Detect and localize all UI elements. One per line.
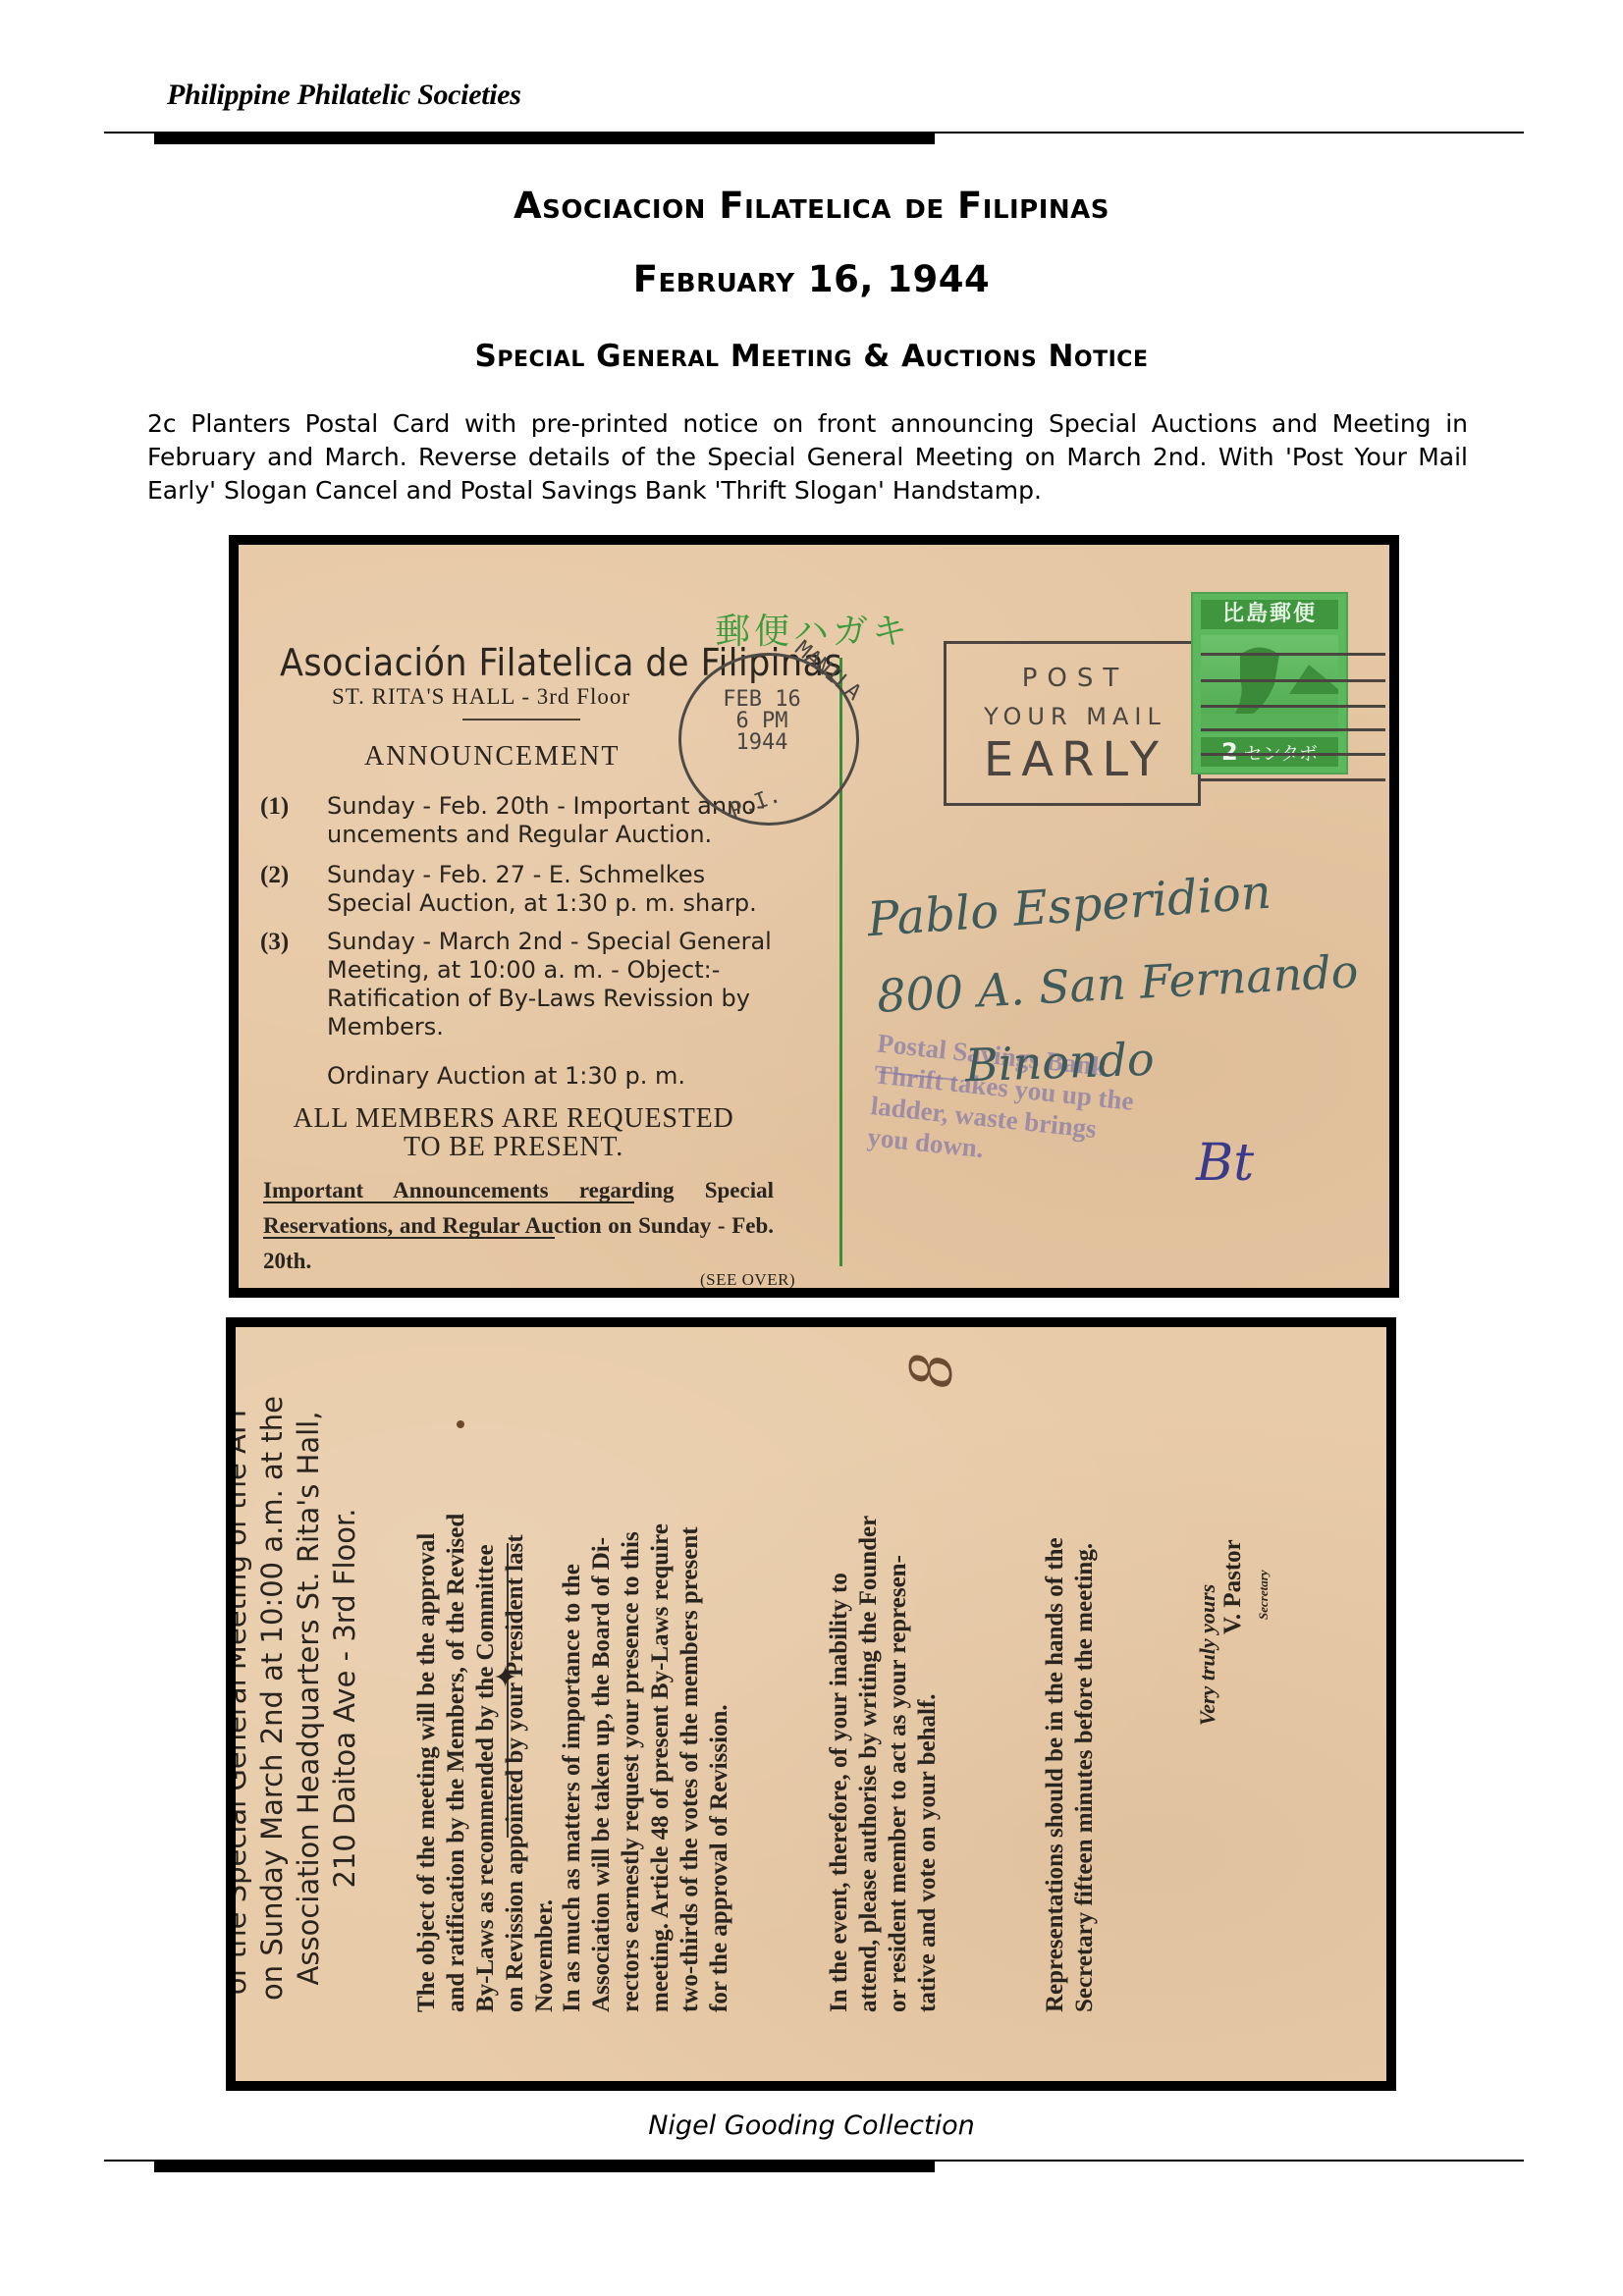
item-text: Sunday - Feb. 27 - E. Schmelkes Special …	[327, 861, 798, 918]
item-text: Sunday - March 2nd - Special General Mee…	[327, 928, 798, 1041]
cancel-wavy-line	[1201, 653, 1385, 656]
postal-card-back: Dear Fellow-Member: You are hereby notif…	[226, 1317, 1396, 2091]
slogan-line: YOUR MAIL	[947, 703, 1204, 730]
hall-underline	[462, 719, 580, 721]
bold-notice: Important Announcements regarding Specia…	[263, 1173, 774, 1279]
stamp-value: 2 センタボ	[1201, 737, 1338, 767]
postmark-date: FEB 16 6 PM 1944	[718, 689, 806, 754]
inability-paragraph: In the event, therefore, of your inabili…	[825, 1345, 943, 2012]
header-rule-thick	[154, 133, 935, 144]
salutation-paragraph: Dear Fellow-Member: You are hereby notif…	[226, 1384, 363, 2012]
postal-card-front: Asociación Filatelica de Filipinas ST. R…	[229, 535, 1399, 1298]
see-over: (SEE OVER)	[700, 1270, 795, 1290]
cancel-wavy-line	[1201, 705, 1385, 708]
notice-underline	[263, 1201, 634, 1203]
imprinted-stamp: 比島郵便 2 センタボ	[1191, 592, 1348, 774]
postmark-date-line: FEB 16	[718, 689, 806, 711]
item-number: (1)	[260, 792, 289, 821]
running-title: Philippine Philatelic Societies	[167, 79, 521, 112]
postmark-year: 1944	[718, 732, 806, 754]
postmark-time-line: 6 PM	[718, 711, 806, 732]
address-line-2: 800 A. San Fernando	[876, 944, 1360, 1023]
planter-vignette-icon	[1201, 635, 1338, 733]
importance-paragraph: In as much as matters of importance to t…	[558, 1345, 734, 2012]
closing: Very truly yours	[1195, 1584, 1220, 1726]
subject-title: Special General Meeting & Auctions Notic…	[0, 339, 1623, 374]
cancel-wavy-line	[1201, 778, 1385, 781]
stamp-value-number: 2	[1221, 738, 1238, 766]
cancel-wavy-line	[1201, 753, 1385, 756]
cancel-wavy-line	[1201, 728, 1385, 731]
card-announcement-heading: ANNOUNCEMENT	[364, 741, 620, 773]
card-hall: ST. RITA'S HALL - 3rd Floor	[332, 684, 630, 710]
representations-paragraph: Representations should be in the hands o…	[1041, 1345, 1100, 2012]
slogan-cancel: POST YOUR MAIL EARLY	[944, 641, 1201, 806]
signatory: V. Pastor	[1219, 1539, 1247, 1634]
ordinary-auction: Ordinary Auction at 1:30 p. m.	[327, 1062, 685, 1090]
item-number: (2)	[260, 861, 289, 889]
signatory-title: Secretary	[1256, 1570, 1271, 1620]
stamp-top-text: 比島郵便	[1201, 600, 1338, 629]
collection-caption: Nigel Gooding Collection	[0, 2110, 1623, 2141]
cancel-wavy-line	[1201, 679, 1385, 682]
footer-rule-thick	[154, 2162, 935, 2172]
date-title: February 16, 1944	[0, 258, 1623, 300]
society-title: Asociacion Filatelica de Filipinas	[0, 185, 1623, 227]
handwritten-initials: Bt	[1196, 1134, 1254, 1193]
all-members-notice: ALL MEMBERS ARE REQUESTED TO BE PRESENT.	[239, 1104, 788, 1161]
object-paragraph: The object of the meeting will be the ap…	[412, 1345, 560, 2012]
slogan-line: EARLY	[947, 732, 1204, 787]
address-line-3: Binondo	[964, 1033, 1155, 1093]
notice-underline	[263, 1237, 555, 1239]
item-description: 2c Planters Postal Card with pre-printed…	[147, 407, 1468, 507]
item-number: (3)	[260, 928, 289, 956]
slogan-line: POST	[947, 664, 1204, 693]
address-line-1: Pablo Esperidion	[866, 865, 1273, 948]
pencil-mark: 8	[897, 1353, 964, 1389]
